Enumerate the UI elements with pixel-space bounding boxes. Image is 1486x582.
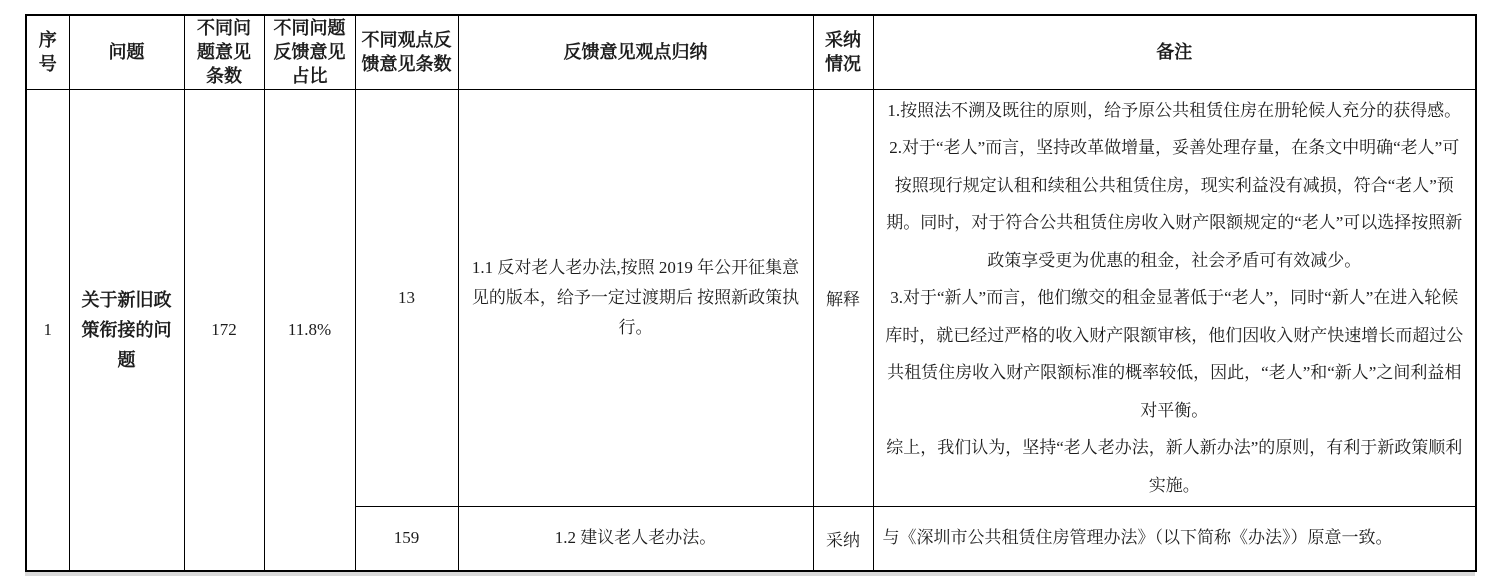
col-header-remarks: 备注	[873, 15, 1476, 89]
cell-opinion-count: 172	[184, 89, 264, 571]
header-row: 序号 问题 不同问题意见条数 不同问题反馈意见占比 不同观点反馈意见条数 反馈意…	[26, 15, 1476, 89]
col-header-adoption-status: 采纳情况	[813, 15, 873, 89]
cell-adoption-status: 采纳	[813, 507, 873, 571]
cell-viewpoint-count: 13	[355, 89, 458, 507]
table-row: 1 关于新旧政策衔接的问题 172 11.8% 13 1.1 反对老人老办法,按…	[26, 89, 1476, 507]
col-header-viewpoint-summary: 反馈意见观点归纳	[458, 15, 813, 89]
cell-remarks: 与《深圳市公共租赁住房管理办法》（以下简称《办法》）原意一致。	[873, 507, 1476, 571]
cell-index: 1	[26, 89, 69, 571]
cell-viewpoint-summary: 1.2 建议老人老办法。	[458, 507, 813, 571]
col-header-opinion-count: 不同问题意见条数	[184, 15, 264, 89]
cell-viewpoint-summary: 1.1 反对老人老办法,按照 2019 年公开征集意见的版本，给予一定过渡期后 …	[458, 89, 813, 507]
cell-viewpoint-count: 159	[355, 507, 458, 571]
next-row-top-edge	[25, 572, 1475, 576]
col-header-index: 序号	[26, 15, 69, 89]
cell-issue: 关于新旧政策衔接的问题	[69, 89, 184, 571]
document-page: 序号 问题 不同问题意见条数 不同问题反馈意见占比 不同观点反馈意见条数 反馈意…	[0, 0, 1486, 582]
col-header-feedback-ratio: 不同问题反馈意见占比	[264, 15, 355, 89]
cell-feedback-ratio: 11.8%	[264, 89, 355, 571]
col-header-issue: 问题	[69, 15, 184, 89]
cell-remarks: 1.按照法不溯及既往的原则，给予原公共租赁住房在册轮候人充分的获得感。 2.对于…	[873, 89, 1476, 507]
feedback-opinion-table: 序号 问题 不同问题意见条数 不同问题反馈意见占比 不同观点反馈意见条数 反馈意…	[25, 14, 1477, 572]
col-header-viewpoint-count: 不同观点反馈意见条数	[355, 15, 458, 89]
cell-adoption-status: 解释	[813, 89, 873, 507]
